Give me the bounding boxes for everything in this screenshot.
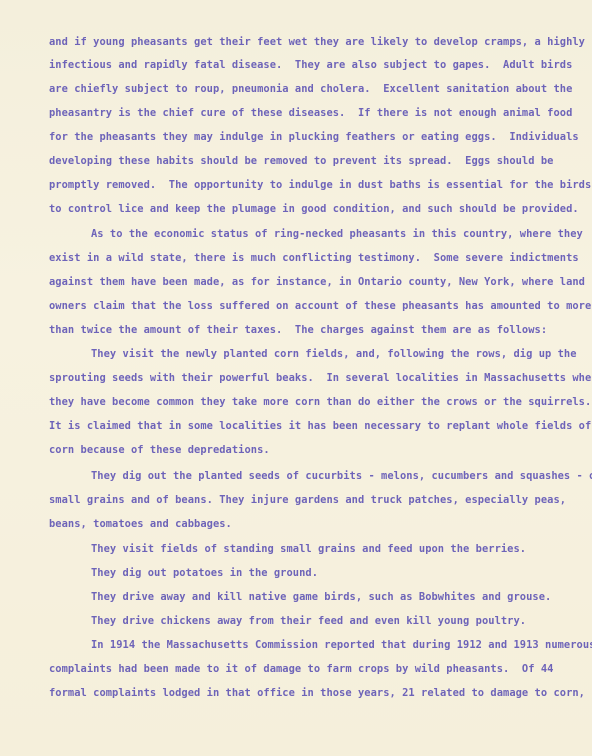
text-line: In 1914 the Massachusetts Commission rep… (91, 639, 592, 651)
typewritten-page: and if young pheasants get their feet we… (0, 0, 592, 756)
text-line: exist in a wild state, there is much con… (49, 252, 579, 264)
text-line: infectious and rapidly fatal disease. Th… (49, 59, 572, 71)
text-line: promptly removed. The opportunity to ind… (49, 179, 592, 191)
text-line: They dig out potatoes in the ground. (91, 567, 318, 579)
text-line: They drive away and kill native game bir… (91, 591, 551, 603)
text-line: to control lice and keep the plumage in … (49, 203, 579, 215)
text-line: are chiefly subject to roup, pneumonia a… (49, 83, 572, 95)
text-line: They dig out the planted seeds of cucurb… (91, 470, 592, 482)
text-line: formal complaints lodged in that office … (49, 687, 585, 699)
text-line: complaints had been made to it of damage… (49, 663, 553, 675)
text-line: They visit the newly planted corn fields… (91, 348, 577, 360)
text-line: owners claim that the loss suffered on a… (49, 300, 591, 312)
text-line: they have become common they take more c… (49, 396, 591, 408)
text-line: developing these habits should be remove… (49, 155, 553, 167)
text-line: They drive chickens away from their feed… (91, 615, 526, 627)
text-line: against them have been made, as for inst… (49, 276, 585, 288)
text-line: It is claimed that in some localities it… (49, 420, 591, 432)
text-line: As to the economic status of ring-necked… (91, 228, 583, 240)
text-line: beans, tomatoes and cabbages. (49, 518, 232, 530)
text-line: than twice the amount of their taxes. Th… (49, 324, 547, 336)
text-line: sprouting seeds with their powerful beak… (49, 372, 592, 384)
text-line: pheasantry is the chief cure of these di… (49, 107, 572, 119)
text-line: They visit fields of standing small grai… (91, 543, 526, 555)
text-line: corn because of these depredations. (49, 444, 270, 456)
text-line: and if young pheasants get their feet we… (49, 36, 585, 48)
text-line: small grains and of beans. They injure g… (49, 494, 566, 506)
text-line: for the pheasants they may indulge in pl… (49, 131, 579, 143)
